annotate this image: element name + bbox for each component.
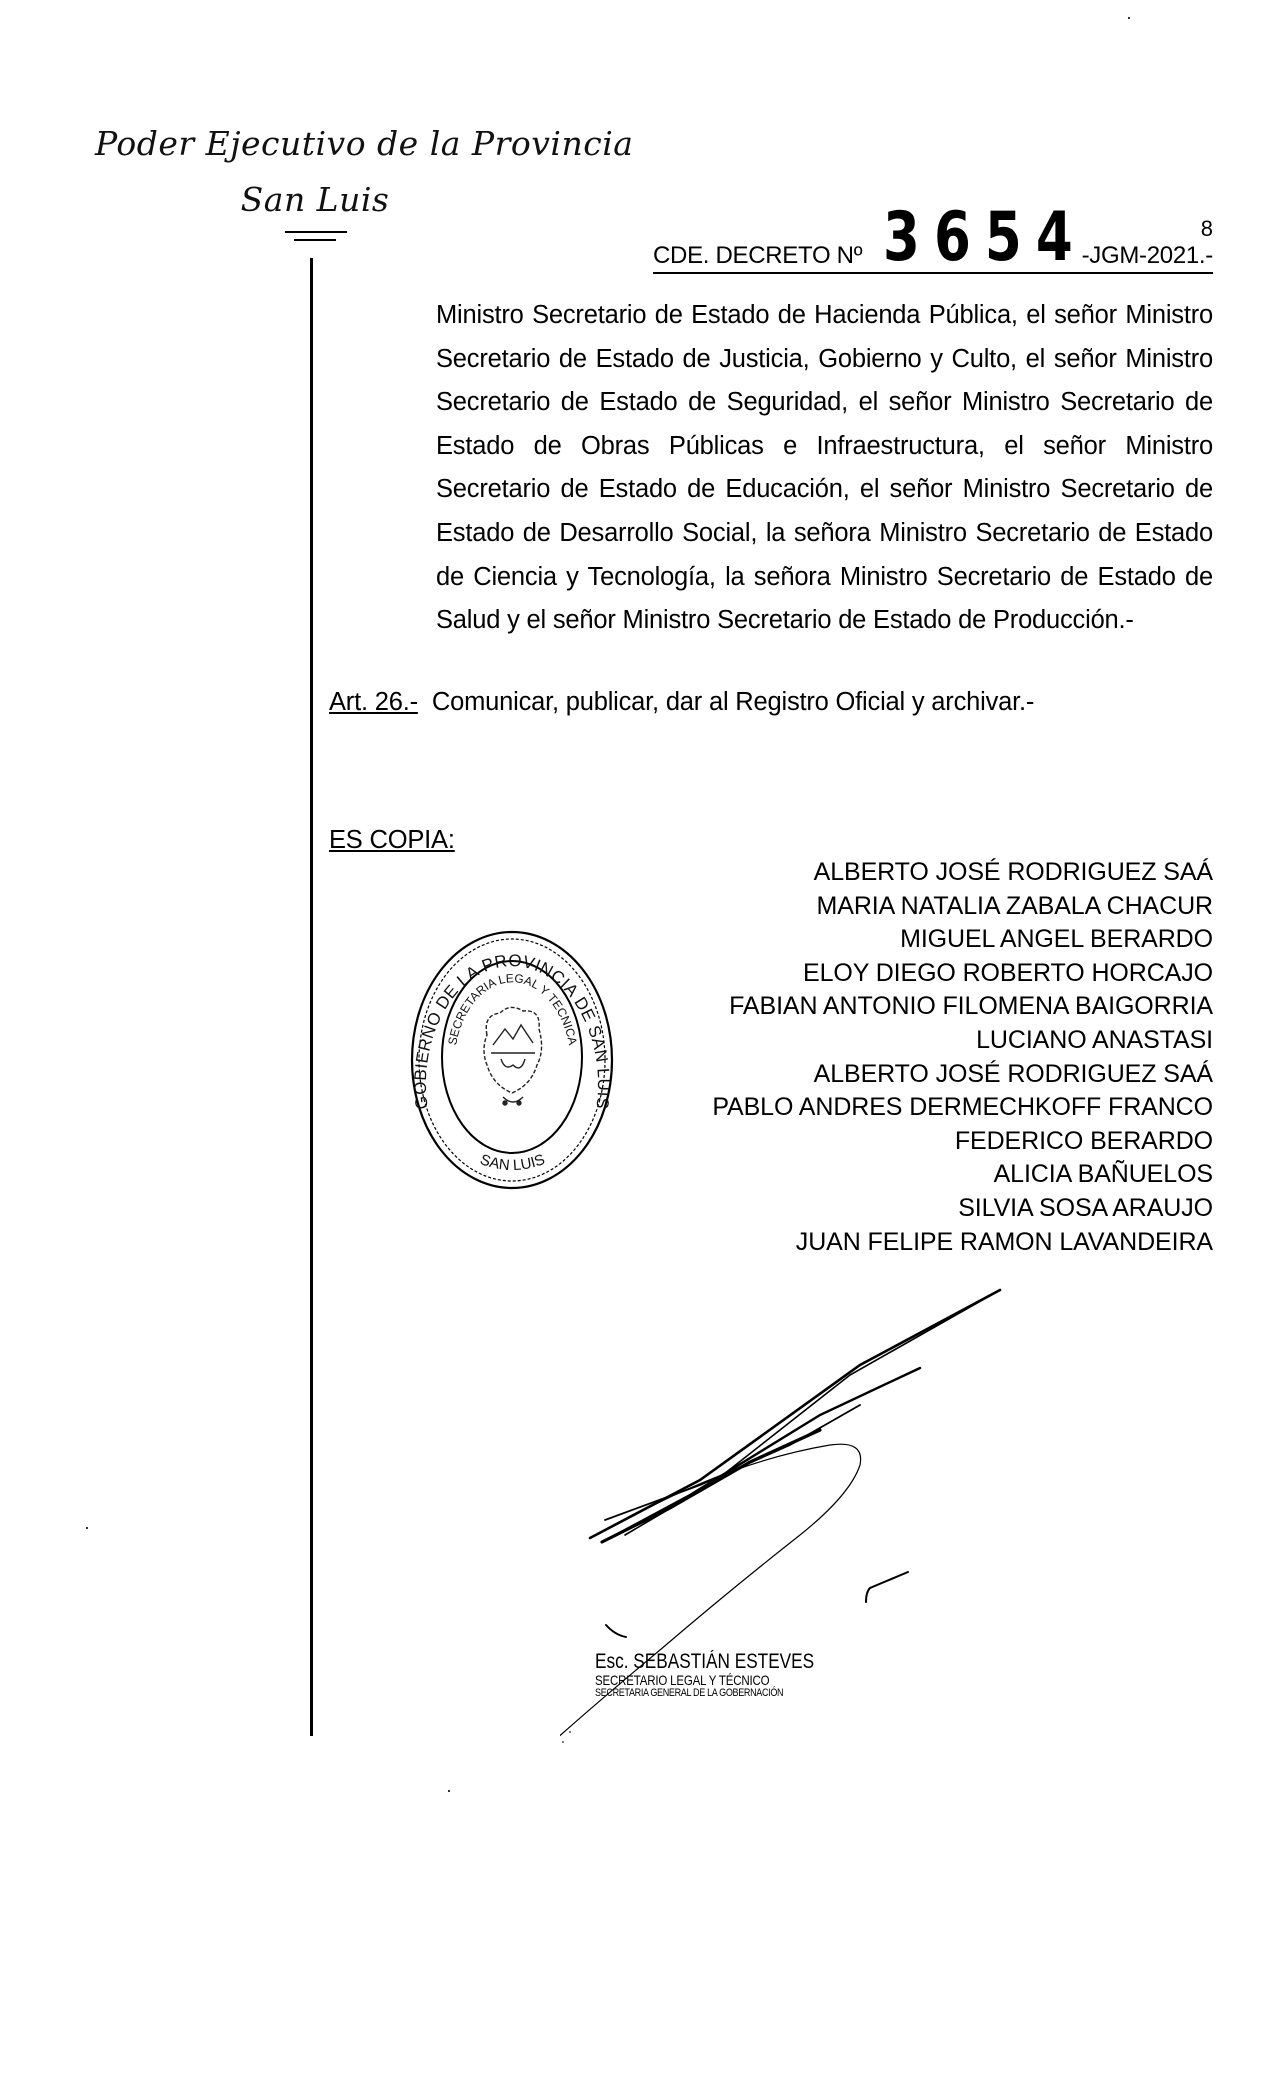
signer-name: Esc. SEBASTIÁN ESTEVES <box>595 1651 814 1673</box>
signatory: MIGUEL ANGEL BERARDO <box>712 923 1213 957</box>
decree-header: CDE. DECRETO Nº 3654 8 -JGM-2021.- <box>653 200 1213 274</box>
signatory: ALBERTO JOSÉ RODRIGUEZ SAÁ <box>712 856 1213 890</box>
signer-title: SECRETARIO LEGAL Y TÉCNICO <box>595 1673 814 1687</box>
signatory: ALBERTO JOSÉ RODRIGUEZ SAÁ <box>712 1058 1213 1092</box>
scan-speck <box>86 1527 88 1529</box>
coat-of-arms-icon <box>484 1007 542 1105</box>
signatory: PABLO ANDRES DERMECHKOFF FRANCO <box>712 1091 1213 1125</box>
signature-block: Esc. SEBASTIÁN ESTEVES SECRETARIO LEGAL … <box>595 1651 814 1699</box>
letterhead-subtitle: San Luis <box>240 180 390 219</box>
official-seal: GOBIERNO DE LA PROVINCIA DE SAN LUIS SEC… <box>405 925 620 1195</box>
article-text: Comunicar, publicar, dar al Registro Ofi… <box>432 688 1034 716</box>
letterhead-title: Poder Ejecutivo de la Provincia <box>95 124 535 163</box>
svg-text:SAN LUIS: SAN LUIS <box>478 1151 547 1174</box>
signatory: SILVIA SOSA ARAUJO <box>712 1192 1213 1226</box>
scan-speck <box>1128 17 1130 19</box>
es-copia-label: ES COPIA: <box>329 826 455 855</box>
signatory: ELOY DIEGO ROBERTO HORCAJO <box>712 957 1213 991</box>
seal-bottom-text: SAN LUIS <box>478 1151 547 1174</box>
decree-number: 3654 <box>883 204 1087 272</box>
article-label: Art. 26.- <box>329 688 418 716</box>
signatory: FABIAN ANTONIO FILOMENA BAIGORRIA <box>712 990 1213 1024</box>
page-number: 8 <box>1201 216 1213 242</box>
signer-office: SECRETARIA GENERAL DE LA GOBERNACIÓN <box>595 1687 814 1699</box>
signatory: FEDERICO BERARDO <box>712 1125 1213 1159</box>
signatories-list: ALBERTO JOSÉ RODRIGUEZ SAÁ MARIA NATALIA… <box>712 856 1213 1259</box>
body-paragraph: Ministro Secretario de Estado de Haciend… <box>436 294 1213 643</box>
article-26: Art. 26.-Comunicar, publicar, dar al Reg… <box>329 688 1034 717</box>
signatory: MARIA NATALIA ZABALA CHACUR <box>712 890 1213 924</box>
letterhead-rule-top <box>285 231 347 233</box>
signatory: LUCIANO ANASTASI <box>712 1024 1213 1058</box>
margin-line <box>310 258 313 1736</box>
signatory: ALICIA BAÑUELOS <box>712 1158 1213 1192</box>
decree-suffix: -JGM-2021.- <box>1082 242 1213 270</box>
signatory: JUAN FELIPE RAMON LAVANDEIRA <box>712 1226 1213 1260</box>
letterhead-rule-bottom <box>294 239 336 241</box>
scan-speck <box>448 1790 450 1792</box>
decree-label: CDE. DECRETO Nº <box>653 242 862 270</box>
